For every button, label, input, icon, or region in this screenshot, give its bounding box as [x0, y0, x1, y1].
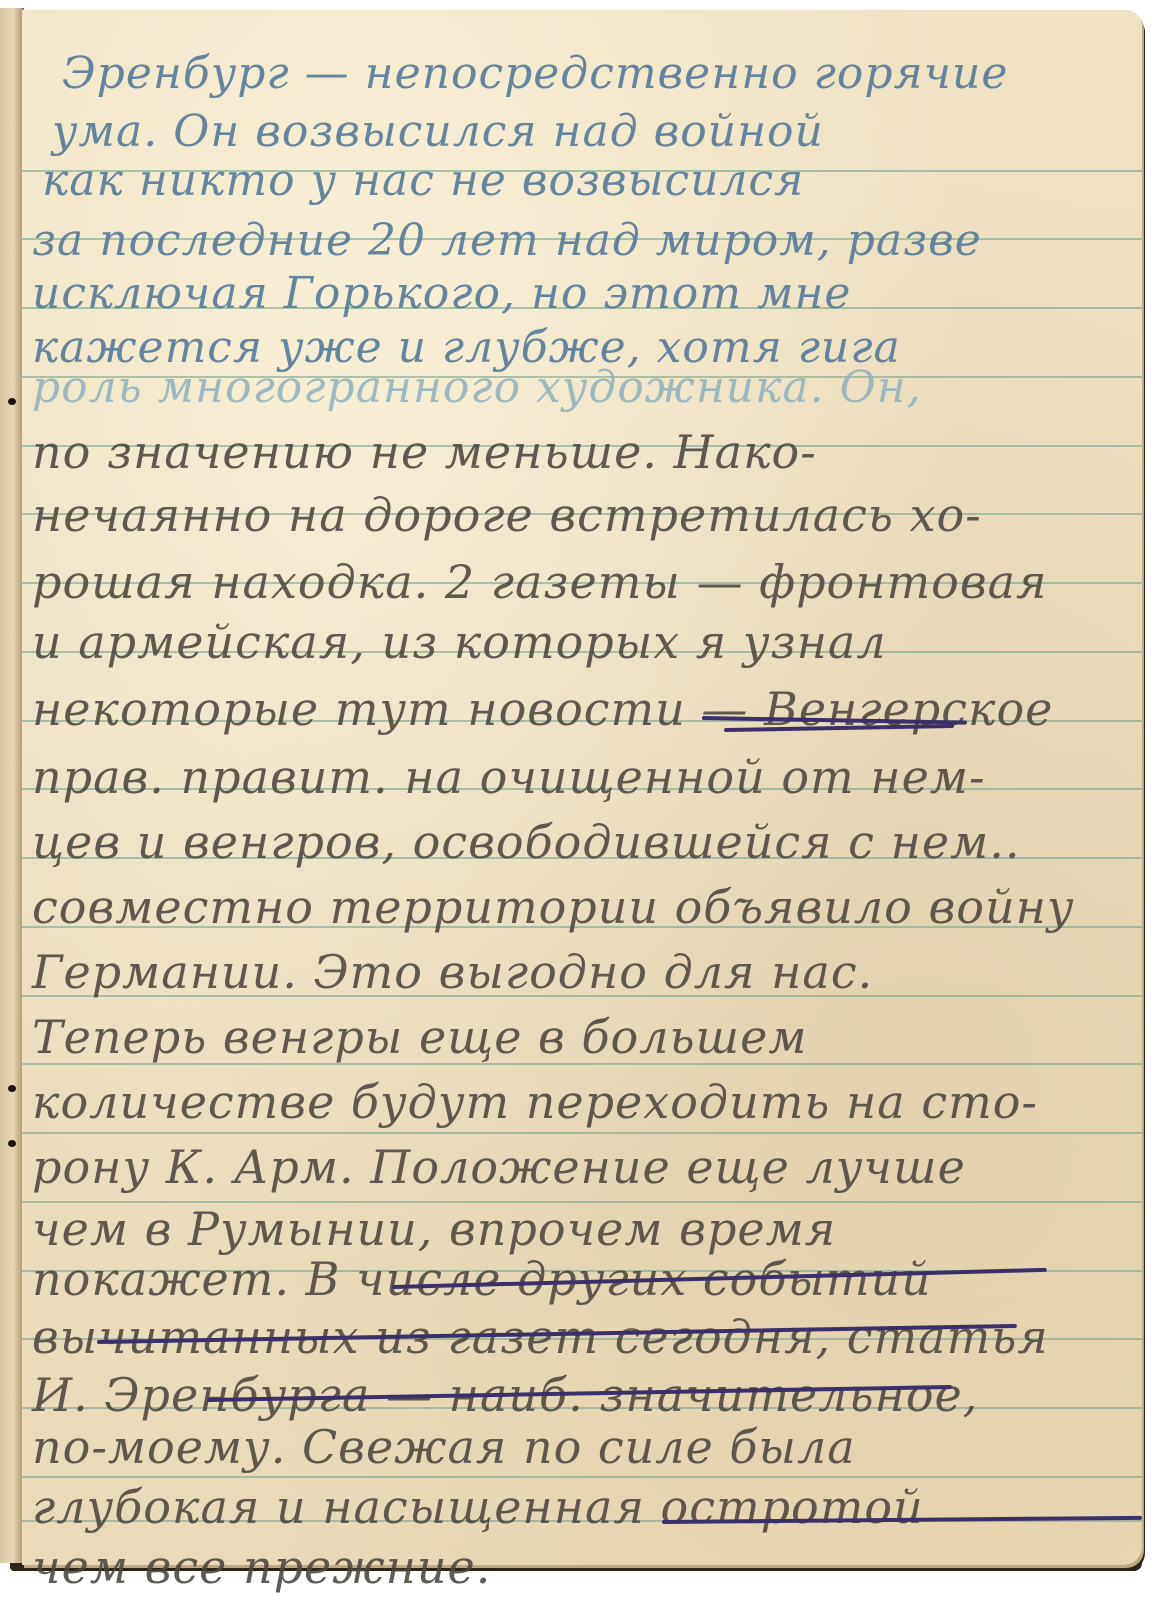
ruled-line	[22, 1476, 1142, 1478]
handwritten-line: количестве будут переходить на сто-	[32, 1075, 1038, 1129]
binding-hole	[8, 1140, 16, 1147]
handwritten-line: Германии. Это выгодно для нас.	[32, 945, 873, 999]
handwritten-line: ума. Он возвысился над войной	[52, 106, 824, 157]
handwritten-line: рошая находка. 2 газеты — фронтовая	[32, 555, 1048, 609]
facing-page-edge	[0, 8, 24, 1563]
handwritten-line: и армейская, из которых я узнал	[32, 615, 887, 669]
handwritten-line: по значению не меньше. Нако-	[32, 425, 817, 479]
handwritten-line: прав. правит. на очищенной от нем-	[32, 750, 986, 804]
handwritten-line: чем в Румынии, впрочем время	[32, 1202, 836, 1256]
handwritten-line: глубокая и насыщенная остротой	[32, 1480, 924, 1534]
handwritten-line: роль многогранного художника. Он,	[32, 362, 922, 413]
handwritten-line: за последние 20 лет над миром, разве	[32, 215, 982, 266]
notebook-page: Эренбург — непосредственно горячие ума. …	[22, 10, 1142, 1565]
handwritten-line: рону К. Арм. Положение еще лучше	[32, 1140, 966, 1194]
handwritten-line: вычитанных из газет сегодня, статья	[32, 1310, 1049, 1364]
handwritten-line: совместно территории объявило войну	[32, 880, 1075, 934]
ruled-line	[22, 1132, 1142, 1134]
handwritten-line: цев и венгров, освободившейся с нем..	[32, 815, 1020, 869]
handwritten-line: покажет. В числе других событий	[32, 1252, 932, 1306]
handwritten-line: Эренбург — непосредственно горячие	[62, 48, 1008, 99]
handwritten-line: нечаянно на дороге встретилась хо-	[32, 488, 982, 542]
binding-hole	[8, 1085, 16, 1092]
handwritten-line: по-моему. Свежая по силе была	[32, 1420, 856, 1474]
handwritten-line: как никто у нас не возвысился	[42, 155, 804, 206]
handwritten-line: чем все прежние.	[32, 1540, 491, 1594]
handwritten-line: Теперь венгры еще в большем	[32, 1010, 808, 1064]
binding-hole	[8, 398, 16, 405]
handwritten-line: исключая Горького, но этот мне	[32, 268, 851, 319]
